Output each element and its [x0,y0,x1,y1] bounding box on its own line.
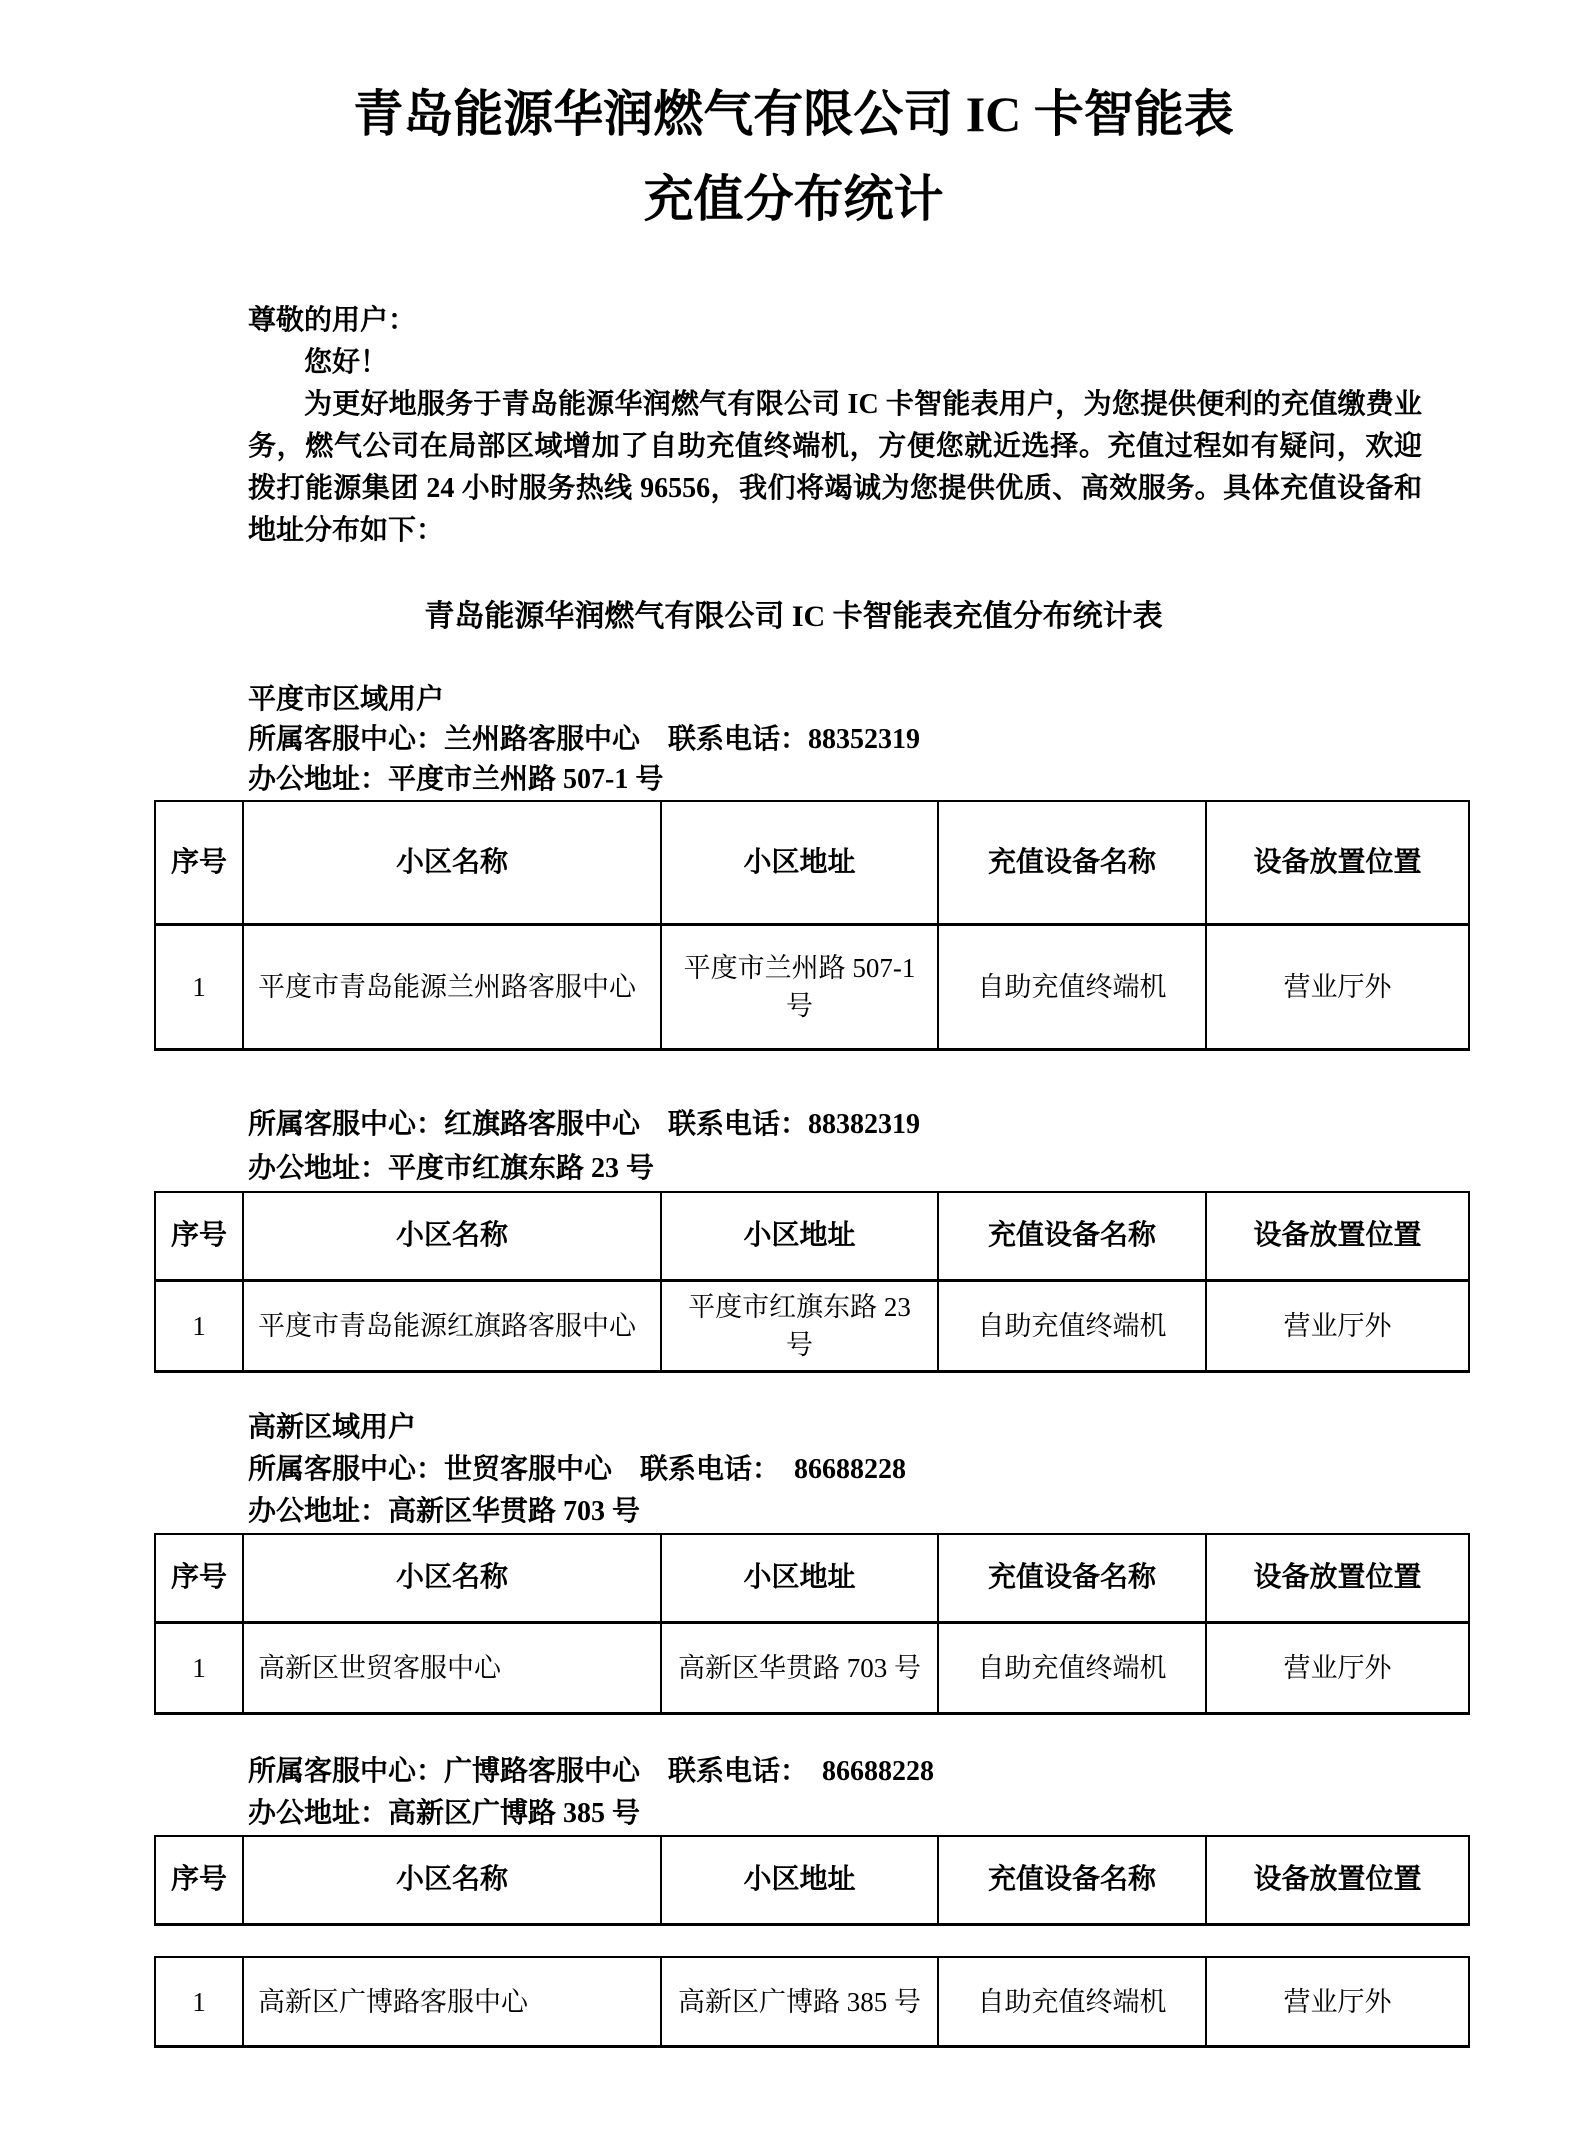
header-cell-device-name: 充值设备名称 [938,1836,1206,1925]
office-address-line: 办公地址：平度市红旗东路 23 号 [248,1147,1422,1191]
region-title: 平度市区域用户 [248,680,1422,720]
cell-community-address: 高新区华贯路 703 号 [661,1623,938,1714]
header-cell-device-location: 设备放置位置 [1206,1534,1469,1623]
document-page: 青岛能源华润燃气有限公司 IC 卡智能表 充值分布统计 尊敬的用户： 您好！ 为… [0,0,1587,2133]
cell-community-name: 高新区世贸客服中心 [243,1623,661,1714]
region-title: 高新区域用户 [248,1407,1422,1449]
service-center-line: 所属客服中心：红旗路客服中心 联系电话：88382319 [248,1103,1422,1147]
cell-community-address: 平度市红旗东路 23 号 [661,1281,938,1372]
intro-paragraph: 为更好地服务于青岛能源华润燃气有限公司 IC 卡智能表用户，为您提供便利的充值缴… [248,384,1422,552]
cell-community-name: 平度市青岛能源红旗路客服中心 [243,1281,661,1372]
cell-seq: 1 [155,925,243,1050]
table-row: 1 高新区世贸客服中心 高新区华贯路 703 号 自助充值终端机 营业厅外 [155,1623,1469,1714]
recharge-table-shimao: 序号 小区名称 小区地址 充值设备名称 设备放置位置 1 高新区世贸客服中心 高… [154,1533,1470,1715]
cell-community-address: 平度市兰州路 507-1 号 [661,925,938,1050]
document-title-line2: 充值分布统计 [0,157,1587,242]
recharge-table-guangbo-body: 1 高新区广博路客服中心 高新区广博路 385 号 自助充值终端机 营业厅外 [154,1956,1470,2048]
section-pingdu-lanzhou: 平度市区域用户 所属客服中心：兰州路客服中心 联系电话：88352319 办公地… [248,680,1422,800]
header-cell-community-address: 小区地址 [661,1192,938,1281]
header-cell-device-name: 充值设备名称 [938,1534,1206,1623]
recharge-table-hongqi: 序号 小区名称 小区地址 充值设备名称 设备放置位置 1 平度市青岛能源红旗路客… [154,1191,1470,1373]
header-cell-seq: 序号 [155,1836,243,1925]
header-cell-seq: 序号 [155,801,243,925]
header-cell-community-name: 小区名称 [243,801,661,925]
table-row: 1 平度市青岛能源红旗路客服中心 平度市红旗东路 23 号 自助充值终端机 营业… [155,1281,1469,1372]
header-cell-device-name: 充值设备名称 [938,801,1206,925]
cell-device-name: 自助充值终端机 [938,925,1206,1050]
cell-device-name: 自助充值终端机 [938,1957,1206,2047]
table-row: 1 高新区广博路客服中心 高新区广博路 385 号 自助充值终端机 营业厅外 [155,1957,1469,2047]
table-header-row: 序号 小区名称 小区地址 充值设备名称 设备放置位置 [155,801,1469,925]
service-center-line: 所属客服中心：广博路客服中心 联系电话： 86688228 [248,1751,1422,1793]
document-title-line1: 青岛能源华润燃气有限公司 IC 卡智能表 [0,72,1587,157]
service-center-line: 所属客服中心：兰州路客服中心 联系电话：88352319 [248,720,1422,760]
cell-device-location: 营业厅外 [1206,1281,1469,1372]
header-cell-device-name: 充值设备名称 [938,1192,1206,1281]
table-header-row: 序号 小区名称 小区地址 充值设备名称 设备放置位置 [155,1192,1469,1281]
section-gaoxin-guangbo: 所属客服中心：广博路客服中心 联系电话： 86688228 办公地址：高新区广博… [248,1751,1422,1835]
header-cell-device-location: 设备放置位置 [1206,801,1469,925]
document-title: 青岛能源华润燃气有限公司 IC 卡智能表 充值分布统计 [0,72,1587,242]
header-cell-community-name: 小区名称 [243,1534,661,1623]
header-cell-community-address: 小区地址 [661,1836,938,1925]
table-row: 1 平度市青岛能源兰州路客服中心 平度市兰州路 507-1 号 自助充值终端机 … [155,925,1469,1050]
intro-block: 尊敬的用户： 您好！ 为更好地服务于青岛能源华润燃气有限公司 IC 卡智能表用户… [248,300,1422,552]
section-gaoxin-shimao: 高新区域用户 所属客服中心：世贸客服中心 联系电话： 86688228 办公地址… [248,1407,1422,1533]
cell-device-name: 自助充值终端机 [938,1281,1206,1372]
recharge-table-lanzhou: 序号 小区名称 小区地址 充值设备名称 设备放置位置 1 平度市青岛能源兰州路客… [154,800,1470,1051]
office-address-line: 办公地址：高新区广博路 385 号 [248,1793,1422,1835]
header-cell-seq: 序号 [155,1192,243,1281]
cell-seq: 1 [155,1281,243,1372]
header-cell-seq: 序号 [155,1534,243,1623]
header-cell-community-name: 小区名称 [243,1192,661,1281]
cell-device-name: 自助充值终端机 [938,1623,1206,1714]
table-header-row: 序号 小区名称 小区地址 充值设备名称 设备放置位置 [155,1836,1469,1925]
recharge-table-guangbo-header: 序号 小区名称 小区地址 充值设备名称 设备放置位置 [154,1835,1470,1926]
office-address-line: 办公地址：高新区华贯路 703 号 [248,1491,1422,1533]
cell-device-location: 营业厅外 [1206,1623,1469,1714]
cell-community-address: 高新区广博路 385 号 [661,1957,938,2047]
cell-device-location: 营业厅外 [1206,925,1469,1050]
cell-community-name: 高新区广博路客服中心 [243,1957,661,2047]
header-cell-community-address: 小区地址 [661,1534,938,1623]
table-caption: 青岛能源华润燃气有限公司 IC 卡智能表充值分布统计表 [0,596,1587,638]
cell-device-location: 营业厅外 [1206,1957,1469,2047]
service-center-line: 所属客服中心：世贸客服中心 联系电话： 86688228 [248,1449,1422,1491]
office-address-line: 办公地址：平度市兰州路 507-1 号 [248,760,1422,800]
header-cell-community-name: 小区名称 [243,1836,661,1925]
cell-community-name: 平度市青岛能源兰州路客服中心 [243,925,661,1050]
cell-seq: 1 [155,1623,243,1714]
hello-line: 您好！ [248,342,1422,384]
section-pingdu-hongqi: 所属客服中心：红旗路客服中心 联系电话：88382319 办公地址：平度市红旗东… [248,1103,1422,1191]
header-cell-device-location: 设备放置位置 [1206,1192,1469,1281]
cell-seq: 1 [155,1957,243,2047]
table-header-row: 序号 小区名称 小区地址 充值设备名称 设备放置位置 [155,1534,1469,1623]
greeting-line: 尊敬的用户： [248,300,1422,342]
header-cell-community-address: 小区地址 [661,801,938,925]
header-cell-device-location: 设备放置位置 [1206,1836,1469,1925]
